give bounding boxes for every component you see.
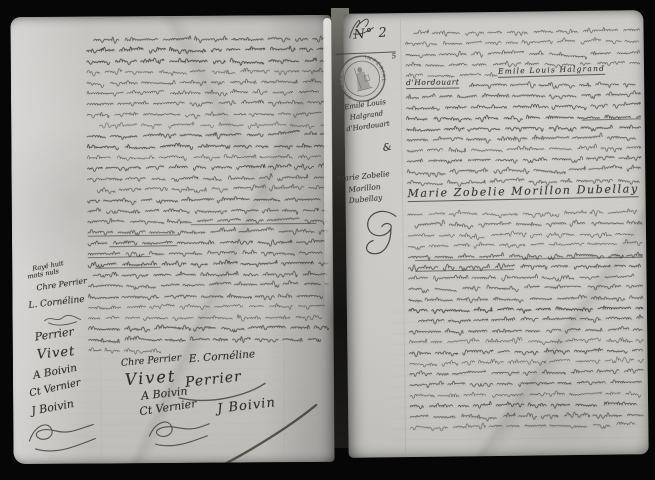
groom-name-in-text: Emile Louis Halgrand [498,65,605,76]
bride-name-in-text: Marie Zobelie Morillon Dubellay [407,183,638,199]
margin-signature: Vivet [36,345,76,362]
right-page: N° 2 5 TIMBRE IMPÉRIAL [343,10,648,458]
signature: Vivet [124,368,176,388]
record-number: N° 2 [353,25,388,42]
scanned-register-spread: { "meta": { "description": "Page de regi… [0,0,655,480]
page-edge-highlight [323,18,333,323]
left-page: Rayé huit mots nuls Chre Perrier L. Corn… [10,15,334,464]
groom-name-in-text-2: d'Hordouart [406,78,459,86]
margin-ampersand: & [382,143,392,154]
groom-name-text2: d'Hordouart [406,77,459,89]
margin-note-bride: Marie Zobelie Morillon Dubellay [330,167,399,208]
margin-mark: 5 [391,53,396,60]
